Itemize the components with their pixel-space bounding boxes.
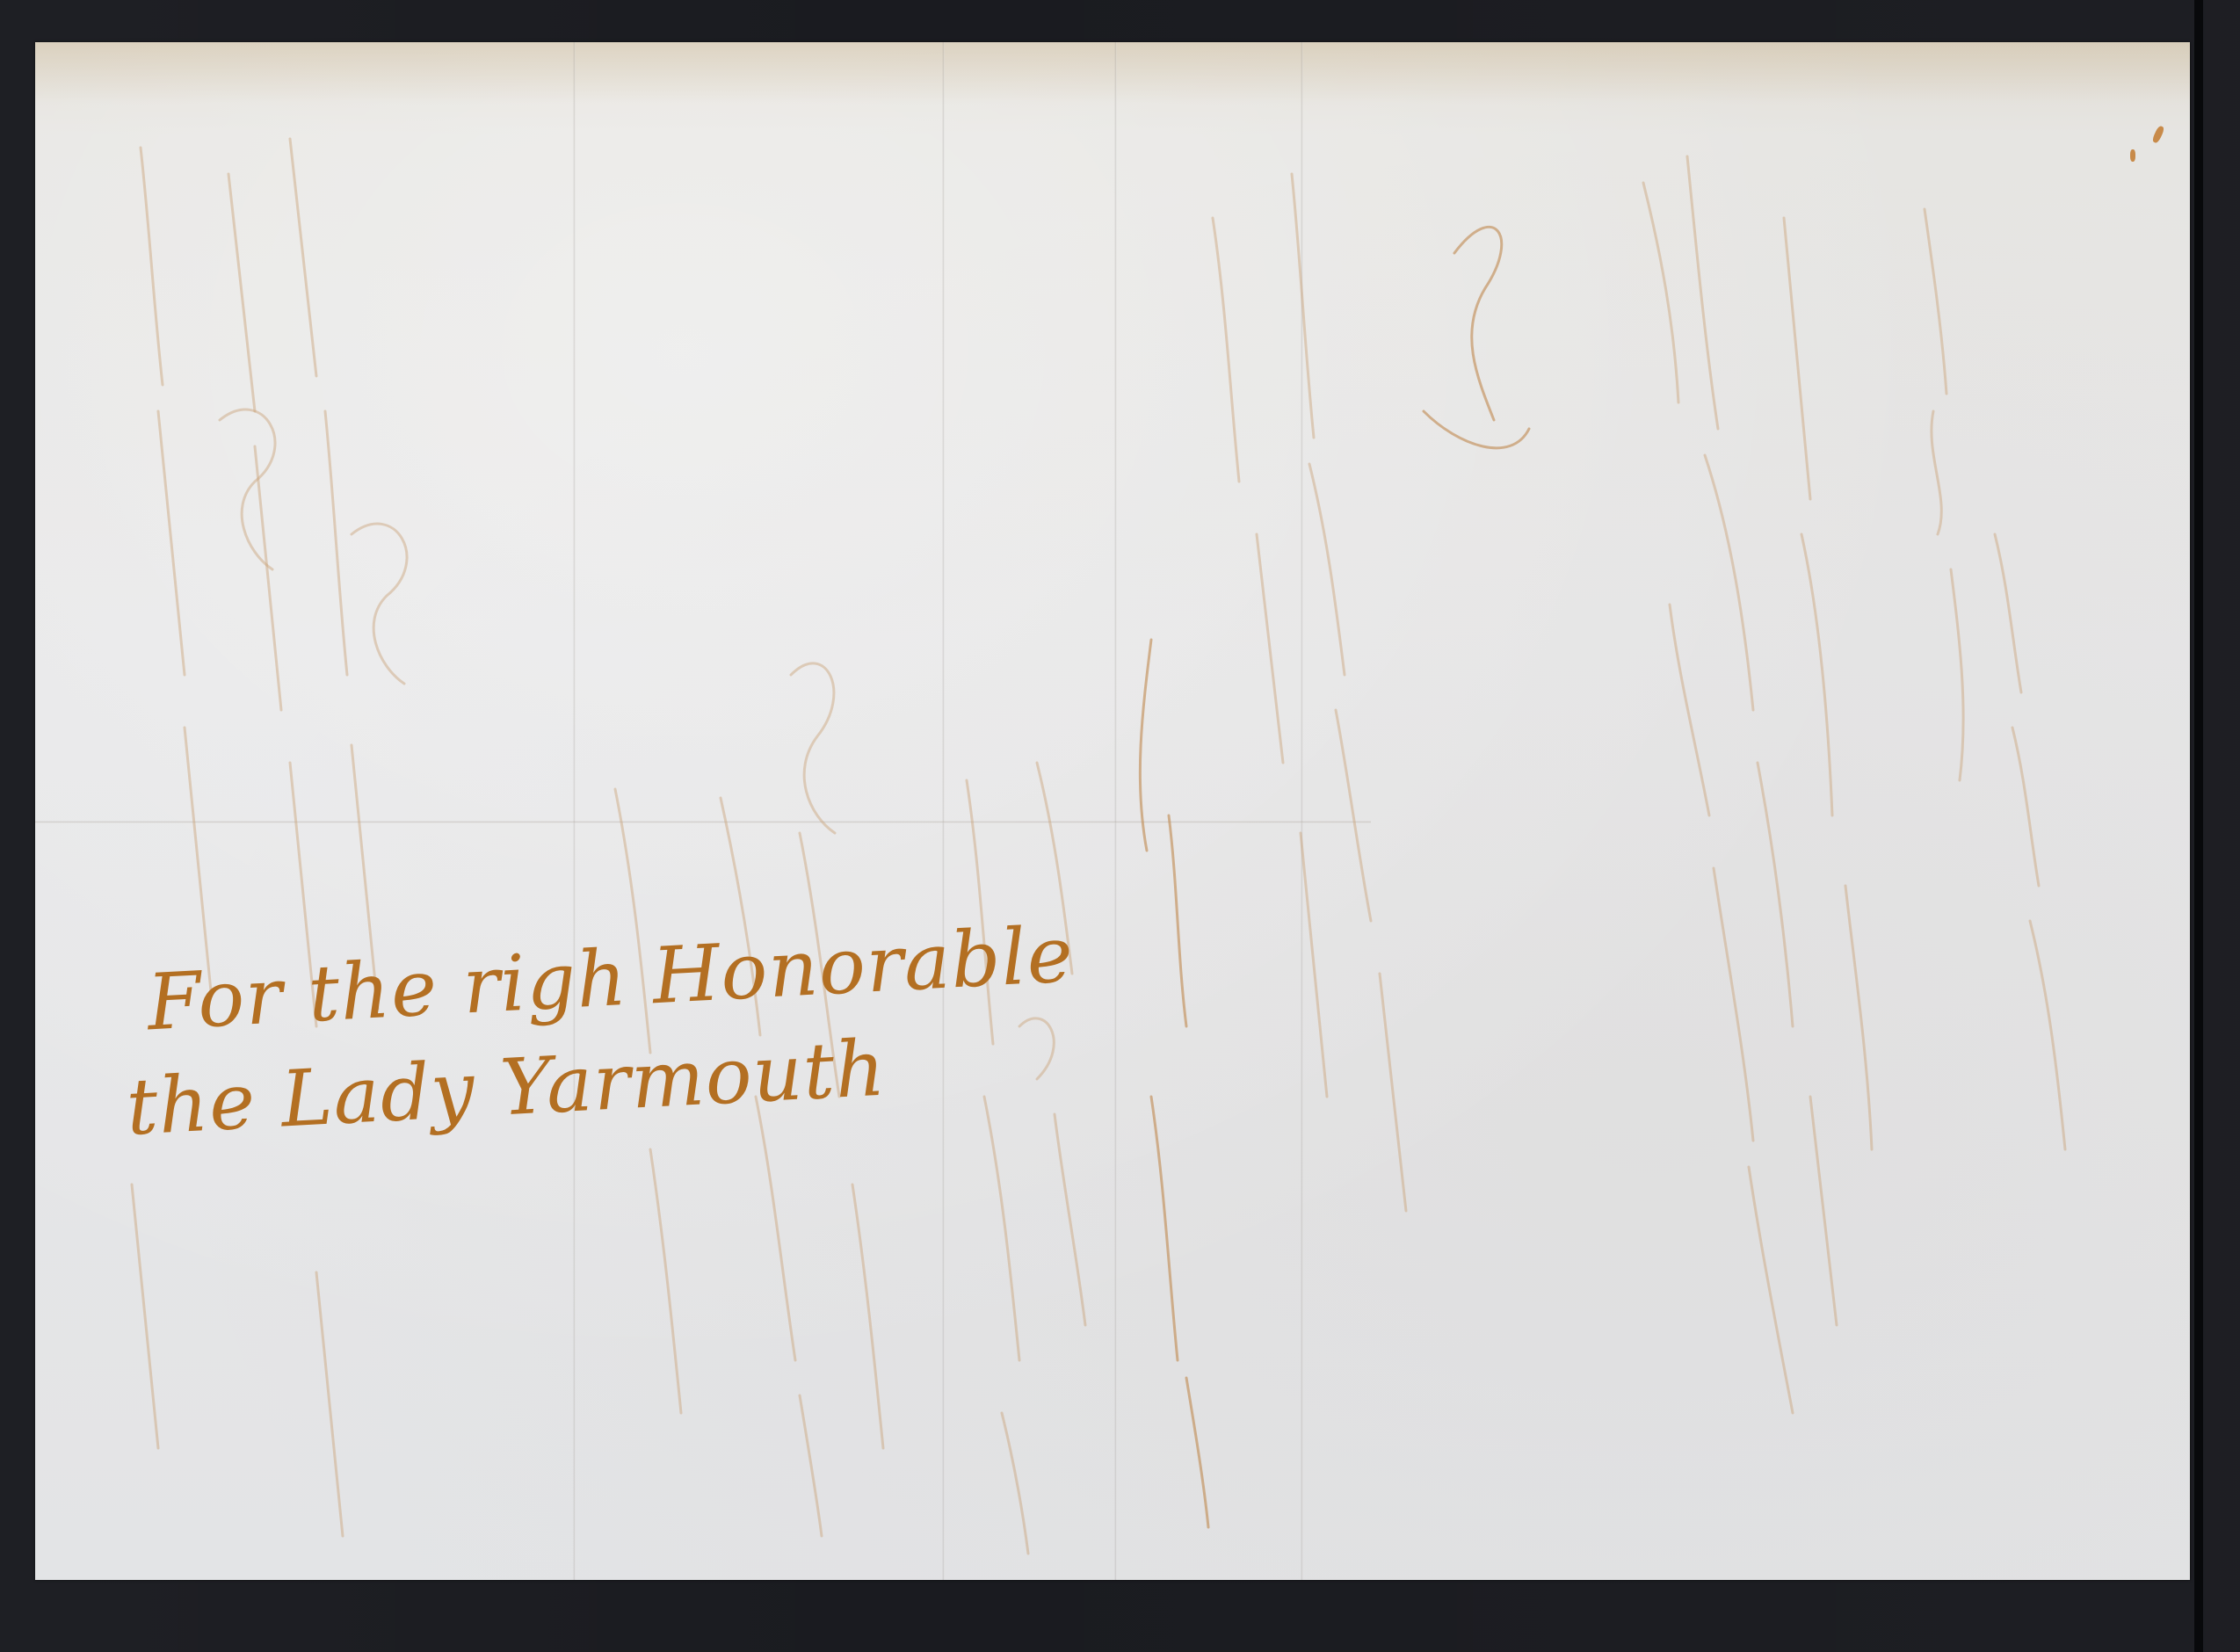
horizontal-fold-line [35,821,1371,823]
top-edge-stain [35,42,2190,104]
vertical-fold-line [942,42,945,1580]
ink-speck [2130,149,2135,162]
vertical-fold-line [1301,42,1303,1580]
letter-address: For the righ Honorable the Lady Yarmouth [119,906,1081,1156]
vertical-fold-line [573,42,576,1580]
bleed-through-writing [35,42,2190,1580]
scan-edge-strip [2194,0,2203,1652]
manuscript-sheet: For the righ Honorable the Lady Yarmouth [35,42,2190,1580]
ink-speck [2151,125,2165,144]
vertical-fold-line [1114,42,1117,1580]
